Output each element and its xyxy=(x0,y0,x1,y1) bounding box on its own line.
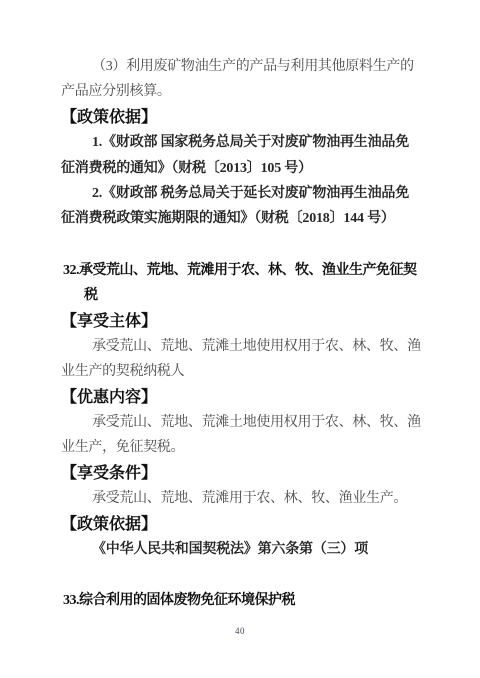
condition-line: 承受荒山、荒地、荒滩用于农、林、牧、渔业生产。 xyxy=(61,486,462,511)
citation-line: 征消费税的通知》（财税〔2013〕105 号） xyxy=(61,156,462,181)
citation-line: 《中华人民共和国契税法》第六条第（三）项 xyxy=(61,537,462,562)
page-content: （3）利用废矿物油生产的产品与利用其他原料生产的 产品应分别核算。 【政策依据】… xyxy=(0,0,480,614)
beneficiary-line: 承受荒山、荒地、荒滩土地使用权用于农、林、牧、渔 xyxy=(61,334,462,359)
document-page: （3）利用废矿物油生产的产品与利用其他原料生产的 产品应分别核算。 【政策依据】… xyxy=(0,0,480,678)
benefit-line: 承受荒山、荒地、荒滩土地使用权用于农、林、牧、渔 xyxy=(61,410,462,435)
section-32-heading: 32.承受荒山、荒地、荒滩用于农、林、牧、渔业生产免征契 xyxy=(63,258,462,283)
citation-line: 2.《财政部 税务总局关于延长对废矿物油再生油品免 xyxy=(61,181,462,206)
page-number: 40 xyxy=(0,625,480,637)
policy-basis-header: 【政策依据】 xyxy=(61,512,462,537)
policy-basis-header: 【政策依据】 xyxy=(61,105,462,130)
condition-header: 【享受条件】 xyxy=(61,461,462,486)
beneficiary-header: 【享受主体】 xyxy=(61,309,462,334)
benefit-header: 【优惠内容】 xyxy=(61,385,462,410)
citation-line: 1.《财政部 国家税务总局关于对废矿物油再生油品免 xyxy=(61,130,462,155)
beneficiary-line: 业生产的契税纳税人 xyxy=(61,359,462,384)
citation-line: 征消费税政策实施期限的通知》（财税〔2018〕144 号） xyxy=(61,206,462,231)
paragraph-line: 产品应分别核算。 xyxy=(61,79,462,104)
paragraph-line: （3）利用废矿物油生产的产品与利用其他原料生产的 xyxy=(61,54,462,79)
section-32-heading-continuation: 税 xyxy=(63,283,462,308)
benefit-line: 业生产，免征契税。 xyxy=(61,435,462,460)
section-33-heading: 33.综合利用的固体废物免征环境保护税 xyxy=(63,588,462,613)
